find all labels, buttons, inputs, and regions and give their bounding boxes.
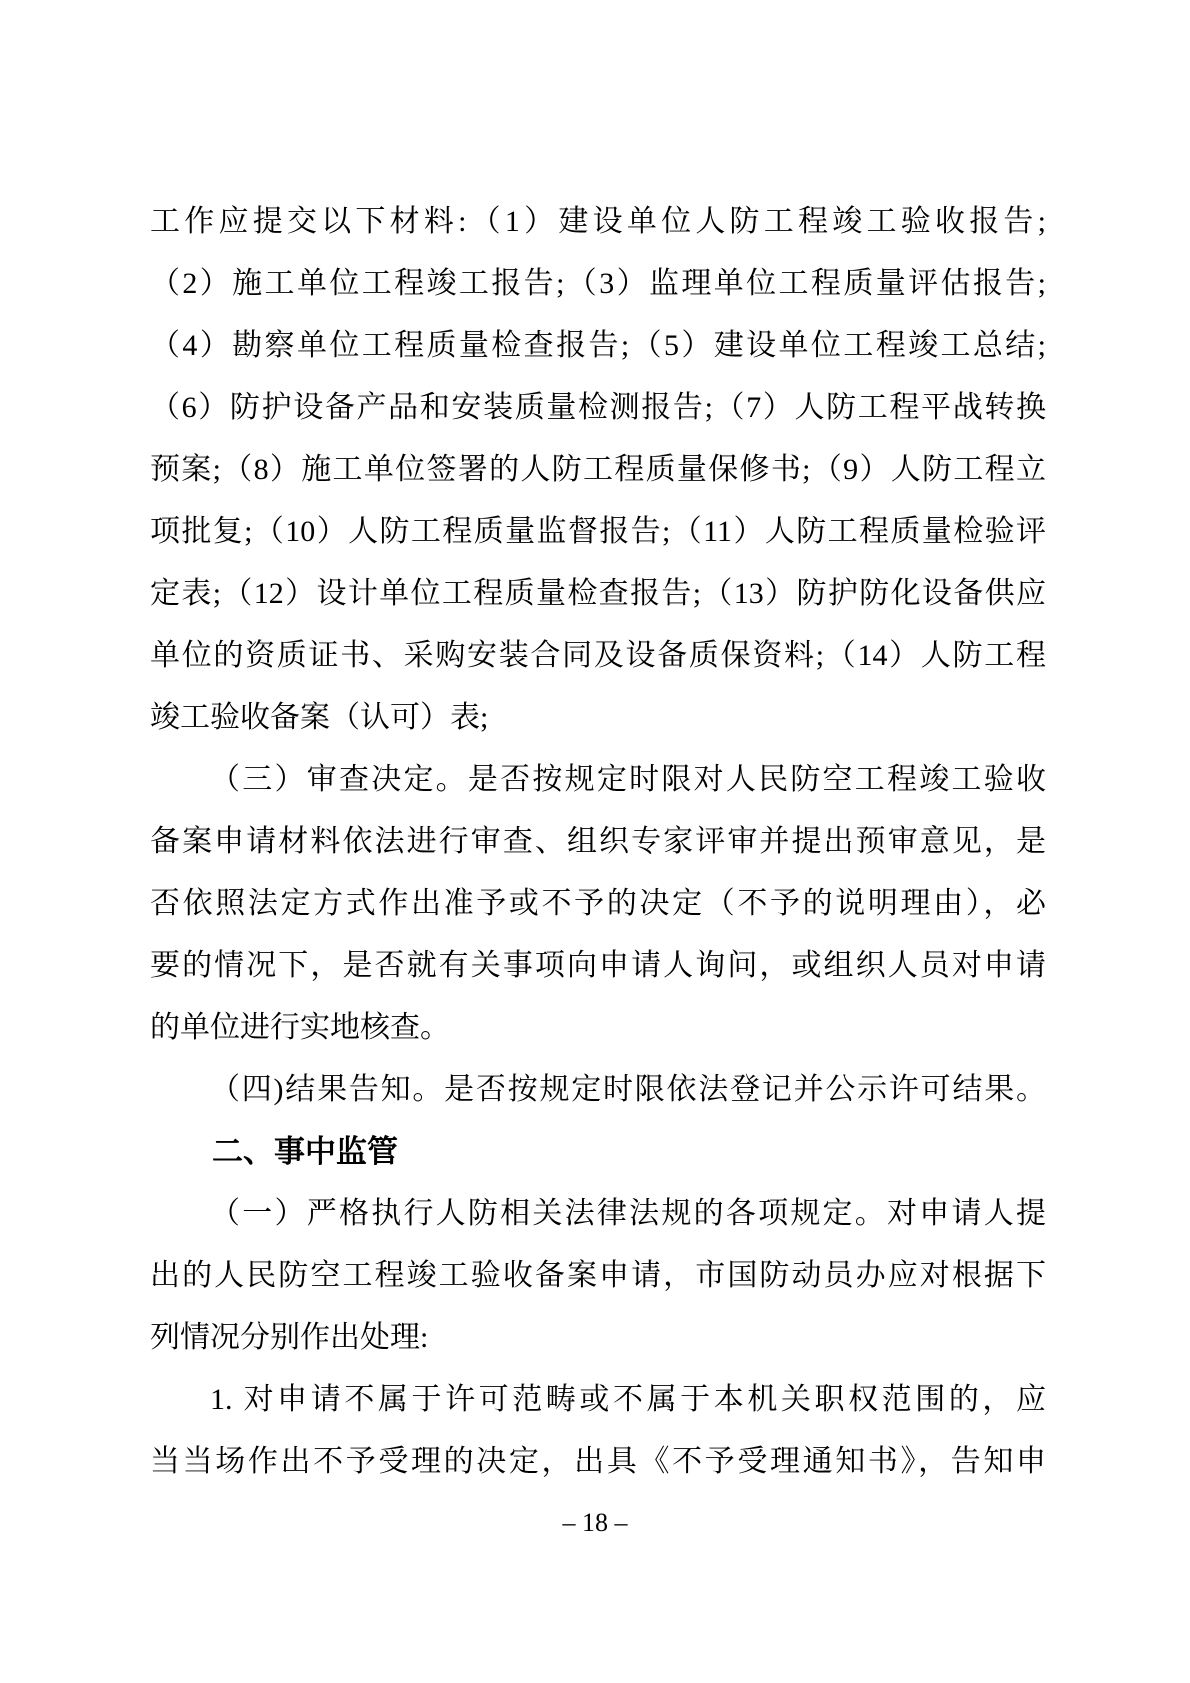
text-line: 单位的资质证书、采购安装合同及设备质保资料;（14）人防工程 — [150, 625, 1046, 687]
text-line: 定表;（12）设计单位工程质量检查报告;（13）防护防化设备供应 — [150, 563, 1046, 625]
text-line: 项批复;（10）人防工程质量监督报告;（11）人防工程质量检验评 — [150, 501, 1046, 563]
text-line: （4）勘察单位工程质量检查报告;（5）建设单位工程竣工总结; — [150, 315, 1046, 377]
text-line: （2）施工单位工程竣工报告;（3）监理单位工程质量评估报告; — [150, 253, 1046, 315]
text-line: 要的情况下，是否就有关事项向申请人询问，或组织人员对申请 — [150, 935, 1046, 997]
text-line: 当当场作出不予受理的决定，出具《不予受理通知书》，告知申 — [150, 1431, 1046, 1493]
paragraph-start-line: （四)结果告知。是否按规定时限依法登记并公示许可结果。 — [150, 1059, 1046, 1121]
section-heading: 二、事中监管 — [150, 1121, 1046, 1183]
paragraph-start-line: （一）严格执行人防相关法律法规的各项规定。对申请人提 — [150, 1183, 1046, 1245]
text-block: 工作应提交以下材料:（1）建设单位人防工程竣工验收报告; （2）施工单位工程竣工… — [150, 191, 1046, 1493]
text-line: 列情况分别作出处理: — [150, 1307, 1046, 1369]
text-line: 的单位进行实地核查。 — [150, 997, 1046, 1059]
paragraph-start-line: （三）审查决定。是否按规定时限对人民防空工程竣工验收 — [150, 749, 1046, 811]
page-number: – 18 – — [0, 1503, 1190, 1543]
text-line: 备案申请材料依法进行审查、组织专家评审并提出预审意见，是 — [150, 811, 1046, 873]
text-line: 竣工验收备案（认可）表; — [150, 687, 1046, 749]
numbered-item-start-line: 1. 对申请不属于许可范畴或不属于本机关职权范围的，应 — [150, 1369, 1046, 1431]
document-page: 工作应提交以下材料:（1）建设单位人防工程竣工验收报告; （2）施工单位工程竣工… — [0, 0, 1190, 1683]
text-line: 预案;（8）施工单位签署的人防工程质量保修书;（9）人防工程立 — [150, 439, 1046, 501]
text-line: 出的人民防空工程竣工验收备案申请，市国防动员办应对根据下 — [150, 1245, 1046, 1307]
text-line: 否依照法定方式作出准予或不予的决定（不予的说明理由），必 — [150, 873, 1046, 935]
text-line: （6）防护设备产品和安装质量检测报告;（7）人防工程平战转换 — [150, 377, 1046, 439]
text-line: 工作应提交以下材料:（1）建设单位人防工程竣工验收报告; — [150, 191, 1046, 253]
